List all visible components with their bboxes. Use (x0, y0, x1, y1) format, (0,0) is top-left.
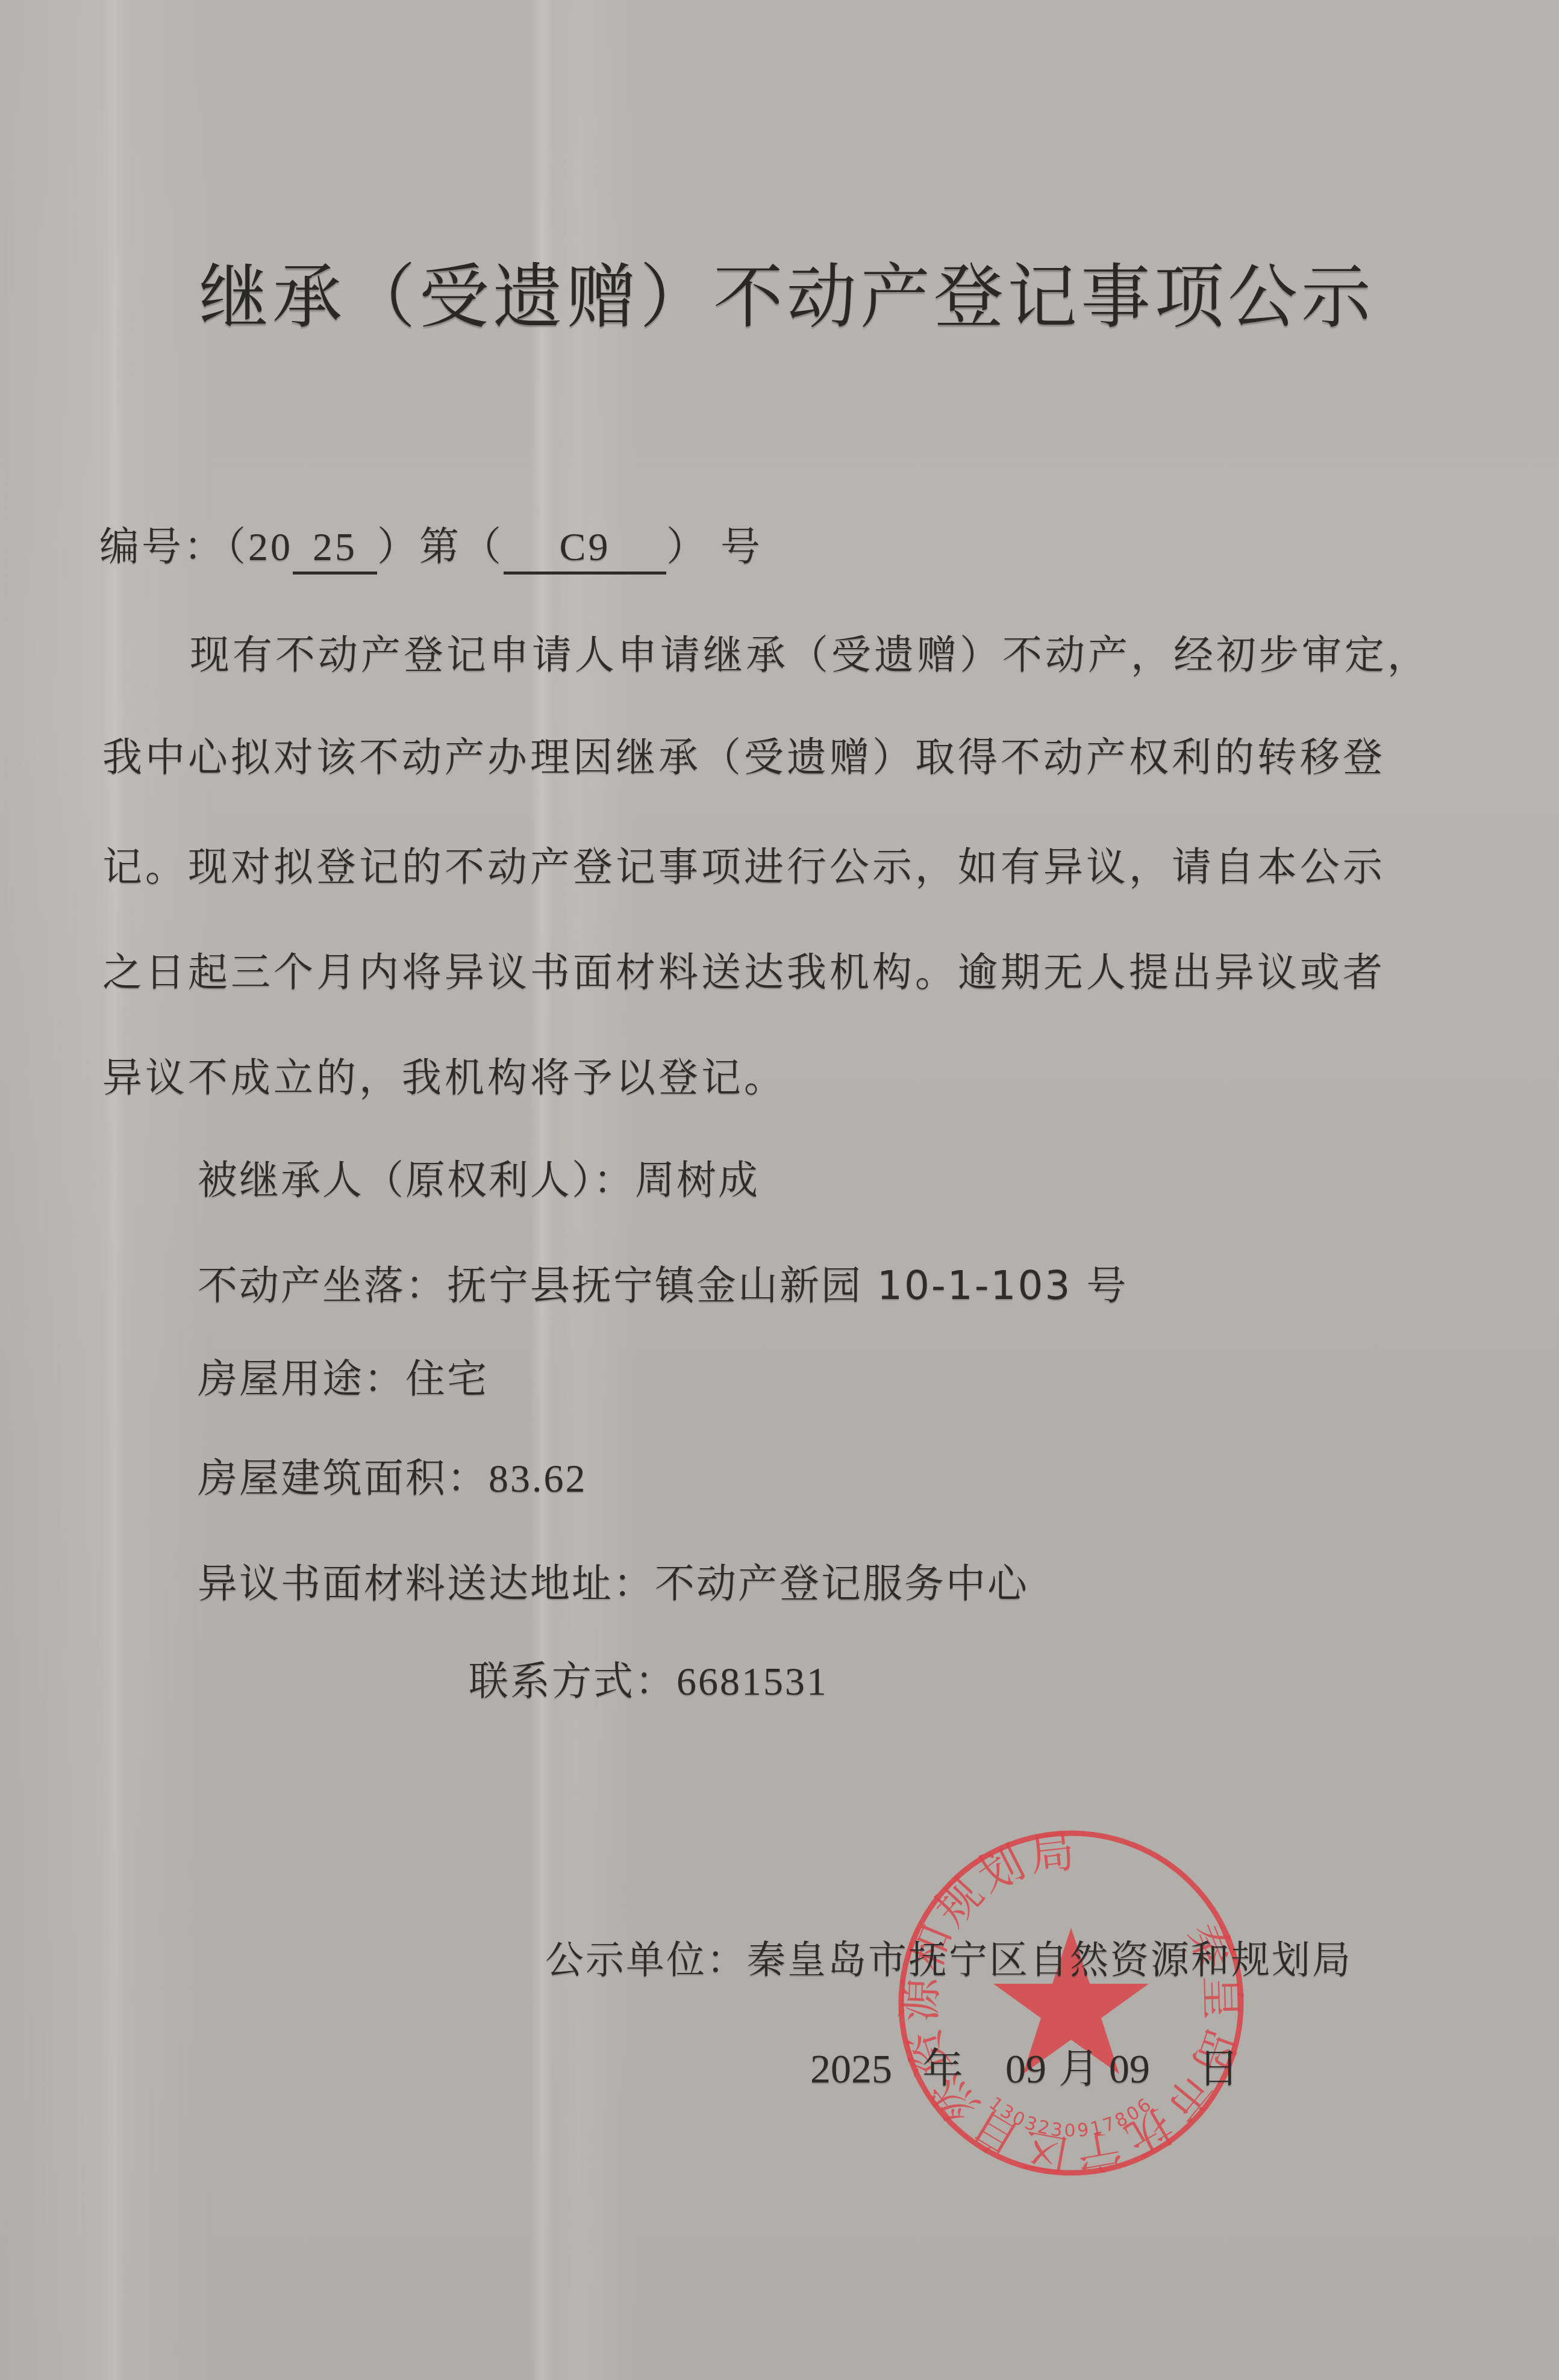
serial-number-line: 编号：（2025）第（C9）号 (99, 523, 763, 575)
paper-crease (102, 0, 127, 2380)
field-contact: 联系方式：6681531 (469, 1657, 828, 1706)
body-line-2: 我中心拟对该不动产办理因继承（受遗赠）取得不动产权利的转移登 (102, 734, 1386, 782)
objection-address-value: 不动产登记服务中心 (655, 1560, 1029, 1607)
contact-value: 6681531 (676, 1660, 828, 1704)
document-title: 继承（受遗赠）不动产登记事项公示 (199, 241, 1392, 341)
date-day: 09 (1099, 2046, 1150, 2092)
usage-value: 住宅 (405, 1356, 489, 1402)
body-line-1: 现有不动产登记申请人申请继承（受遗赠）不动产，经初步审定， (190, 631, 1430, 679)
decedent-value: 周树成 (635, 1157, 760, 1203)
area-label: 房屋建筑面积： (198, 1455, 489, 1501)
serial-close-paren: ） (377, 523, 419, 570)
field-location: 不动产坐落：抚宁县抚宁镇金山新园 10-1-103 号 (198, 1262, 1128, 1310)
issuer-line: 公示单位：秦皇岛市抚宁区自然资源和规划局 (545, 1936, 1352, 1984)
contact-label: 联系方式： (469, 1658, 676, 1704)
serial-label: 编号： (99, 523, 226, 570)
decedent-label: 被继承人（原权利人）： (198, 1157, 635, 1203)
location-label: 不动产坐落： (198, 1262, 447, 1309)
serial-year-prefix: （20 (226, 525, 293, 569)
serial-close-paren-2: ） (666, 523, 708, 570)
date-month-unit: 月 (1046, 2045, 1099, 2093)
serial-open-paren: （ (461, 523, 504, 570)
objection-address-label: 异议书面材料送达地址： (198, 1560, 655, 1607)
issuer-value: 秦皇岛市抚宁区自然资源和规划局 (747, 1938, 1352, 1983)
serial-di: 第 (419, 523, 461, 570)
field-decedent: 被继承人（原权利人）：周树成 (198, 1156, 760, 1204)
date-year-unit: 年 (892, 2045, 963, 2093)
date-year: 2025 (810, 2046, 892, 2092)
body-line-5: 异议不成立的，我机构将予以登记。 (102, 1054, 787, 1102)
field-objection-address: 异议书面材料送达地址：不动产登记服务中心 (198, 1560, 1029, 1608)
location-value: 抚宁县抚宁镇金山新园 10-1-103 号 (447, 1262, 1128, 1309)
date-line: 2025年09月09日 (810, 2045, 1239, 2093)
serial-hao: 号 (708, 523, 763, 570)
serial-number: C9 (504, 523, 666, 575)
date-month: 09 (963, 2046, 1046, 2092)
paper-background: 继承（受遗赠）不动产登记事项公示 编号：（2025）第（C9）号 现有不动产登记… (0, 0, 1559, 2380)
body-line-4: 之日起三个月内将异议书面材料送达我机构。逾期无人提出异议或者 (102, 949, 1386, 997)
date-day-unit: 日 (1150, 2045, 1239, 2093)
field-usage: 房屋用途：住宅 (198, 1355, 489, 1403)
area-value: 83.62 (489, 1457, 587, 1501)
official-seal-stamp: 秦皇岛市抚宁区自然资源和规划局 1303230917806 (890, 1822, 1252, 2184)
serial-year-suffix: 25 (293, 523, 377, 575)
field-area: 房屋建筑面积：83.62 (198, 1454, 587, 1503)
usage-label: 房屋用途： (198, 1356, 405, 1402)
body-line-3: 记。现对拟登记的不动产登记事项进行公示，如有异议，请自本公示 (102, 843, 1386, 891)
issuer-label: 公示单位： (545, 1938, 747, 1983)
